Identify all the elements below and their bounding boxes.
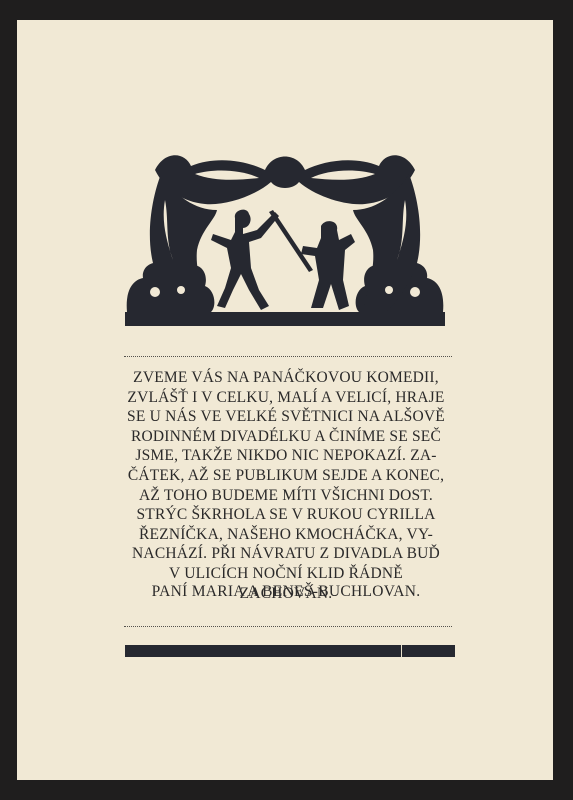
bottom-dotted-divider xyxy=(124,626,452,627)
body-line: ČÁTEK, AŽ SE PUBLIKUM SEJDE A KONEC, xyxy=(108,466,464,486)
top-dotted-divider xyxy=(124,356,452,357)
bar-nick xyxy=(401,645,402,657)
body-line: NACHÁZÍ. PŘI NÁVRATU Z DIVADLA BUĎ xyxy=(108,544,464,564)
body-line: ŘEZNÍČKA, NAŠEHO KMOCHÁČKA, VY- xyxy=(108,525,464,545)
body-line: SE U NÁS VE VELKÉ SVĚTNICI NA ALŠOVĚ xyxy=(108,407,464,427)
signature: PANÍ MARIA A BENEŠ-BUCHLOVAN. xyxy=(108,583,464,601)
solid-bar-divider xyxy=(125,645,455,657)
body-line: JSME, TAKŽE NIKDO NIC NEPOKAZÍ. ZA- xyxy=(108,446,464,466)
body-line: STRÝC ŠKRHOLA SE V RUKOU CYRILLA xyxy=(108,505,464,525)
body-line: V ULICÍCH NOČNÍ KLID ŘÁDNĚ xyxy=(108,564,464,584)
body-line: ZVLÁŠŤ I V CELKU, MALÍ A VELICÍ, HRAJE xyxy=(108,388,464,408)
puppet-theatre-woodcut-icon xyxy=(125,130,445,330)
body-line: RODINNÉM DIVADÉLKU A ČINÍME SE SEČ xyxy=(108,427,464,447)
invitation-text: ZVEME VÁS NA PANÁČKOVOU KOMEDII, ZVLÁŠŤ … xyxy=(108,368,464,603)
body-line: ZVEME VÁS NA PANÁČKOVOU KOMEDII, xyxy=(108,368,464,388)
body-line: AŽ TOHO BUDEME MÍTI VŠICHNI DOST. xyxy=(108,486,464,506)
